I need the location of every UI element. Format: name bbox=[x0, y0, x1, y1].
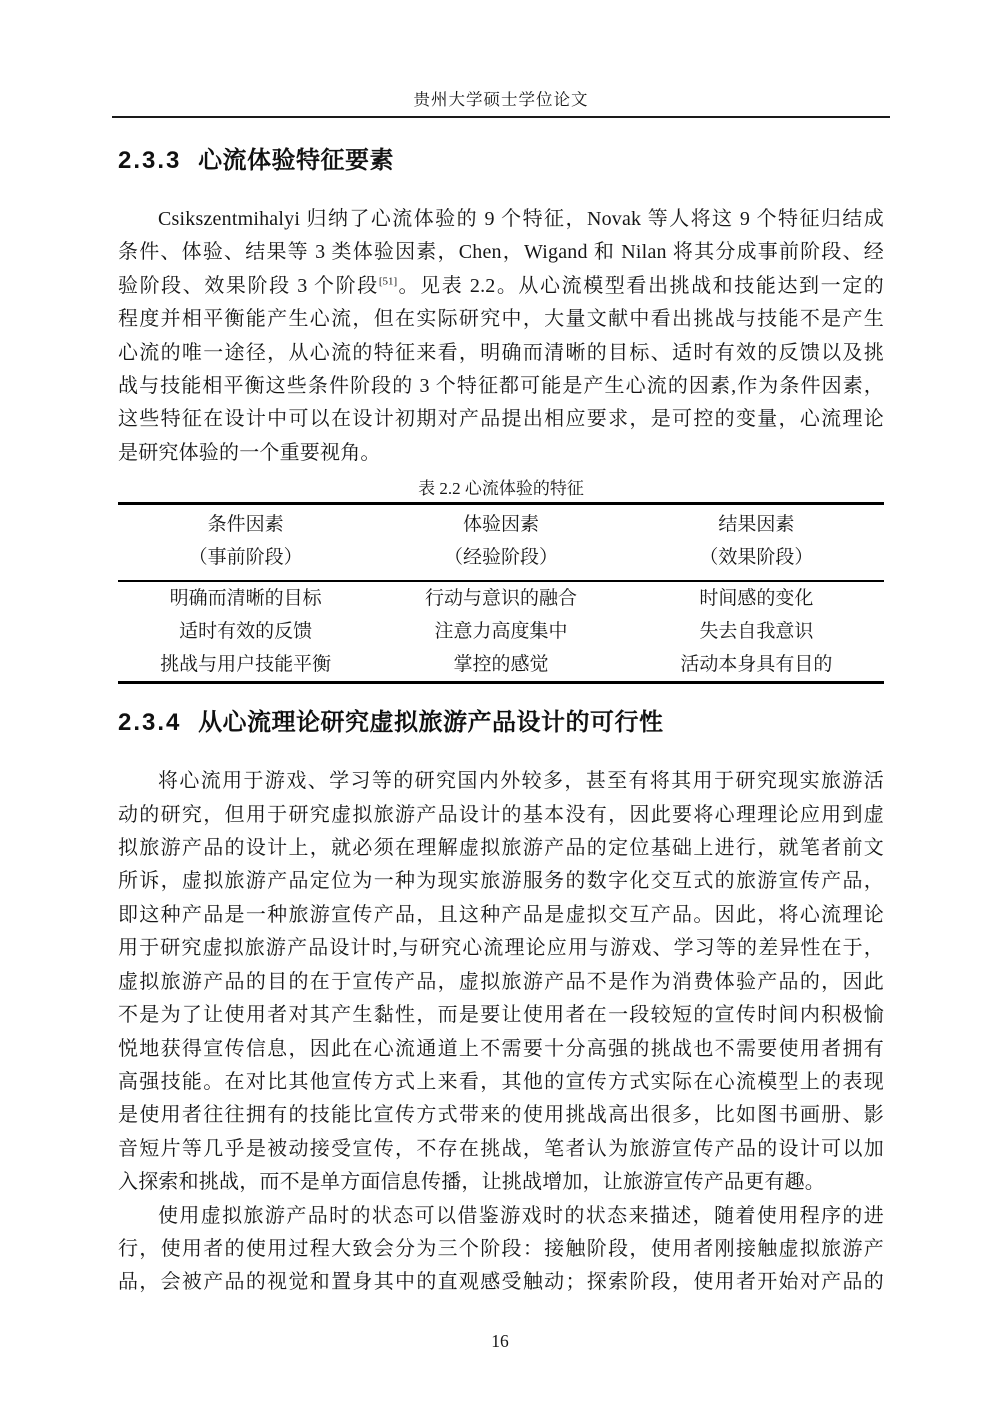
section-number: 2.3.3 bbox=[118, 147, 181, 174]
text-line: Csikszentmihalyi 归纳了心流体验的 9 个特征，Novak 等人… bbox=[118, 203, 884, 236]
text-line: 将心流用于游戏、学习等的研究国内外较多，甚至有将其用于研究现实旅游活 bbox=[118, 765, 884, 798]
table-cell: 掌控的感觉 bbox=[373, 648, 628, 683]
table-cell: 行动与意识的融合 bbox=[373, 581, 628, 615]
text-line: 这些特征在设计中可以在设计初期对产品提出相应要求，是可控的变量，心流理论 bbox=[118, 403, 884, 436]
text-line: 即这种产品是一种旅游宣传产品，且这种产品是虚拟交互产品。因此，将心流理论 bbox=[118, 899, 884, 932]
table-header-row: 条件因素 （事前阶段） 体验因素 （经验阶段） 结果因素 （效果阶段） bbox=[118, 504, 884, 582]
text-line: 用于研究虚拟旅游产品设计时,与研究心流理论应用与游戏、学习等的差异性在于， bbox=[118, 932, 884, 965]
section-heading-234: 2.3.4 从心流理论研究虚拟旅游产品设计的可行性 bbox=[118, 707, 884, 738]
text-line: 悦地获得宣传信息，因此在心流通道上不需要十分高强的挑战也不需要使用者拥有 bbox=[118, 1033, 884, 1066]
text-line: 使用虚拟旅游产品时的状态可以借鉴游戏时的状态来描述，随着使用程序的进 bbox=[118, 1200, 884, 1233]
text-line: 程度并相平衡能产生心流，但在实际研究中，大量文献中看出挑战与技能不是产生 bbox=[118, 303, 884, 336]
text-line: 音短片等几乎是被动接受宣传，不存在挑战，笔者认为旅游宣传产品的设计可以加 bbox=[118, 1133, 884, 1166]
table-cell: 时间感的变化 bbox=[629, 581, 884, 615]
table-cell: 挑战与用户技能平衡 bbox=[118, 648, 373, 683]
text-line: 验阶段、效果阶段 3 个阶段[51]。见表 2.2。从心流模型看出挑战和技能达到… bbox=[118, 270, 884, 303]
text-line: 不是为了让使用者对其产生黏性，而是要让使用者在一段较短的宣传时间内积极愉 bbox=[118, 999, 884, 1032]
table-col-header-condition: 条件因素 （事前阶段） bbox=[118, 504, 373, 582]
section-title: 从心流理论研究虚拟旅游产品设计的可行性 bbox=[198, 709, 664, 736]
text-line: 动的研究，但用于研究虚拟旅游产品设计的基本没有，因此要将心理理论应用到虚 bbox=[118, 799, 884, 832]
paragraph-usage-stages: 使用虚拟旅游产品时的状态可以借鉴游戏时的状态来描述，随着使用程序的进行，使用者的… bbox=[118, 1200, 884, 1300]
table-row: 挑战与用户技能平衡掌控的感觉活动本身具有目的 bbox=[118, 648, 884, 683]
running-head-title: 贵州大学硕士学位论文 bbox=[118, 88, 884, 112]
table-row: 明确而清晰的目标行动与意识的融合时间感的变化 bbox=[118, 581, 884, 615]
page-header: 贵州大学硕士学位论文 bbox=[118, 88, 884, 118]
text-line: 高强技能。在对比其他宣传方式上来看，其他的宣传方式实际在心流模型上的表现 bbox=[118, 1066, 884, 1099]
text-line: 所诉，虚拟旅游产品定位为一种为现实旅游服务的数字化交互式的旅游宣传产品， bbox=[118, 865, 884, 898]
text-line: 入探索和挑战，而不是单方面信息传播，让挑战增加，让旅游宣传产品更有趣。 bbox=[118, 1166, 884, 1199]
table-cell: 明确而清晰的目标 bbox=[118, 581, 373, 615]
col-header-subtitle: （效果阶段） bbox=[629, 541, 884, 574]
table-cell: 活动本身具有目的 bbox=[629, 648, 884, 683]
text-line: 是使用者往往拥有的技能比宣传方式带来的使用挑战高出很多，比如图书画册、影 bbox=[118, 1099, 884, 1132]
table-head: 条件因素 （事前阶段） 体验因素 （经验阶段） 结果因素 （效果阶段） bbox=[118, 504, 884, 582]
header-rule bbox=[112, 116, 890, 118]
paragraph-feasibility: 将心流用于游戏、学习等的研究国内外较多，甚至有将其用于研究现实旅游活动的研究，但… bbox=[118, 765, 884, 1199]
col-header-title: 结果因素 bbox=[629, 508, 884, 541]
col-header-subtitle: （事前阶段） bbox=[118, 541, 373, 574]
section-title: 心流体验特征要素 bbox=[198, 147, 394, 174]
col-header-title: 条件因素 bbox=[118, 508, 373, 541]
col-header-title: 体验因素 bbox=[373, 508, 628, 541]
text-line: 战与技能相平衡这些条件阶段的 3 个特征都可能是产生心流的因素,作为条件因素， bbox=[118, 370, 884, 403]
table-col-header-result: 结果因素 （效果阶段） bbox=[629, 504, 884, 582]
text-line: 虚拟旅游产品的目的在于宣传产品，虚拟旅游产品不是作为消费体验产品的，因此 bbox=[118, 966, 884, 999]
col-header-subtitle: （经验阶段） bbox=[373, 541, 628, 574]
text-line: 品，会被产品的视觉和置身其中的直观感受触动；探索阶段，使用者开始对产品的 bbox=[118, 1266, 884, 1299]
page-number: 16 bbox=[0, 1331, 1000, 1352]
table-cell: 失去自我意识 bbox=[629, 615, 884, 648]
paragraph-flow-features: Csikszentmihalyi 归纳了心流体验的 9 个特征，Novak 等人… bbox=[118, 203, 884, 470]
table-cell: 适时有效的反馈 bbox=[118, 615, 373, 648]
text-line: 拟旅游产品的设计上，就必须在理解虚拟旅游产品的定位基础上进行，就笔者前文 bbox=[118, 832, 884, 865]
text-line: 是研究体验的一个重要视角。 bbox=[118, 437, 884, 470]
section-number: 2.3.4 bbox=[118, 709, 181, 736]
table-caption: 表 2.2 心流体验的特征 bbox=[118, 477, 884, 500]
table-body: 明确而清晰的目标行动与意识的融合时间感的变化适时有效的反馈注意力高度集中失去自我… bbox=[118, 581, 884, 683]
table-cell: 注意力高度集中 bbox=[373, 615, 628, 648]
text-line: 心流的唯一途径，从心流的特征来看，明确而清晰的目标、适时有效的反馈以及挑 bbox=[118, 337, 884, 370]
table-col-header-experience: 体验因素 （经验阶段） bbox=[373, 504, 628, 582]
flow-characteristics-table: 条件因素 （事前阶段） 体验因素 （经验阶段） 结果因素 （效果阶段） 明确而清… bbox=[118, 502, 884, 684]
thesis-page: 贵州大学硕士学位论文 2.3.3 心流体验特征要素 Csikszentmihal… bbox=[0, 0, 1000, 1414]
text-line: 行，使用者的使用过程大致会分为三个阶段：接触阶段，使用者刚接触虚拟旅游产 bbox=[118, 1233, 884, 1266]
text-line: 条件、体验、结果等 3 类体验因素，Chen，Wigand 和 Nilan 将其… bbox=[118, 236, 884, 269]
citation-ref: [51] bbox=[379, 275, 397, 287]
table-row: 适时有效的反馈注意力高度集中失去自我意识 bbox=[118, 615, 884, 648]
section-heading-233: 2.3.3 心流体验特征要素 bbox=[118, 145, 884, 176]
